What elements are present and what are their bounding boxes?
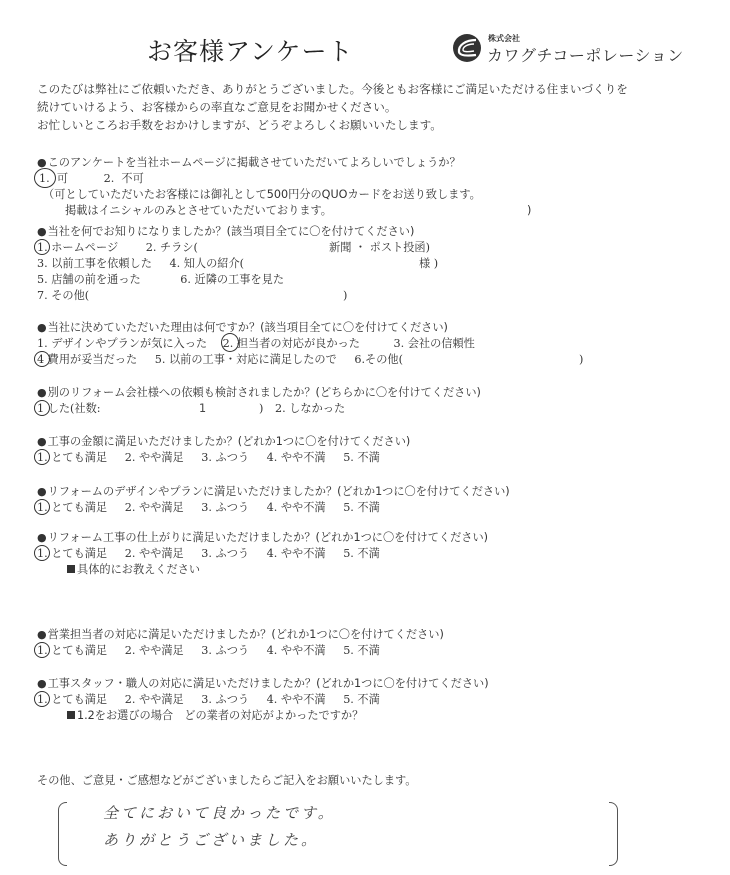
question-price-satisfaction: ●工事の金額に満足いただけましたか？(どれか1つに〇を付けてください) 1. と… (37, 434, 410, 466)
option-somewhat-dissatisfied[interactable]: 4. やや不満 (267, 450, 326, 466)
option-neutral[interactable]: 3. ふつう (201, 500, 249, 516)
page-title: お客様アンケート (147, 32, 354, 68)
option-previous-satisfied[interactable]: 5. 以前の工事・対応に満足したので (155, 352, 337, 368)
bullet-icon: ● (37, 386, 47, 399)
survey-page: お客様アンケート 株式会社 カワグチコーポレーション このたびは弊社にご依頼いた… (0, 0, 730, 875)
option-somewhat-dissatisfied[interactable]: 4. やや不満 (267, 643, 326, 659)
question-title: ●工事の金額に満足いただけましたか？(どれか1つに〇を付けてください) (37, 434, 410, 450)
answer-row: 5. 店舗の前を通った 6. 近隣の工事を見た (37, 272, 414, 288)
option-deny[interactable]: 2. 不可 (104, 171, 144, 187)
option-neutral[interactable]: 3. ふつう (201, 643, 249, 659)
option-dissatisfied[interactable]: 5. 不満 (343, 546, 380, 562)
option-trust[interactable]: 3. 会社の信頼性 (394, 336, 475, 352)
detail-prompt: 具体的にお教えください (37, 562, 488, 578)
bullet-icon: ● (37, 531, 47, 544)
selected-circle-mark (34, 545, 50, 561)
option-neutral[interactable]: 3. ふつう (201, 692, 249, 708)
option-design[interactable]: 1. デザインやプランが気に入った (37, 336, 207, 352)
intro-line: 続けていけるよう、お客様からの率直なご意見をお聞かせください。 (37, 98, 717, 116)
question-title: ●工事スタッフ・職人の対応に満足いただけましたか？(どれか1つに〇を付けてくださ… (37, 676, 489, 692)
answer-row: 1. ホームページ 2. チラシ( 新聞 ・ ポスト投函) (37, 240, 414, 256)
question-finish-satisfaction: ●リフォーム工事の仕上がりに満足いただけましたか？(どれか1つに〇を付けてくださ… (37, 530, 488, 578)
option-dissatisfied[interactable]: 5. 不満 (343, 643, 380, 659)
company-logo: 株式会社 カワグチコーポレーション (452, 33, 682, 67)
bullet-icon: ● (37, 321, 47, 334)
question-title: ●営業担当者の対応に満足いただけましたか？(どれか1つに〇を付けてください) (37, 627, 444, 643)
bullet-icon: ● (37, 485, 47, 498)
rating-options: 1. とても満足 2. やや満足 3. ふつう 4. やや不満 5. 不満 (37, 500, 510, 516)
option-referral[interactable]: 4. 知人の紹介( (169, 256, 244, 272)
option-allow[interactable]: 1. 可 (39, 171, 68, 187)
option-passed-store[interactable]: 5. 店舗の前を通った (37, 272, 141, 288)
question-title: ●別のリフォーム会社様への依頼も検討されましたか？(どちらかに〇を付けてください… (37, 385, 481, 401)
option-somewhat-satisfied[interactable]: 2. やや満足 (125, 450, 184, 466)
other-close: ) (579, 352, 583, 368)
answer-row: 1. デザインやプランが気に入った 2. 担当者の対応が良かった 3. 会社の信… (37, 336, 489, 352)
question-other-companies: ●別のリフォーム会社様への依頼も検討されましたか？(どちらかに〇を付けてください… (37, 385, 481, 417)
rating-options: 1. とても満足 2. やや満足 3. ふつう 4. やや不満 5. 不満 (37, 546, 488, 562)
comments-label: その他、ご意見・ご感想などがございましたらご記入をお願いいたします。 (37, 772, 416, 788)
intro-line: このたびは弊社にご依頼いただき、ありがとうございました。今後ともお客様にご満足い… (37, 80, 717, 98)
question-design-satisfaction: ●リフォームのデザインやプランに満足いただけましたか？(どれか1つに〇を付けてく… (37, 484, 510, 516)
question-title: ●リフォームのデザインやプランに満足いただけましたか？(どれか1つに〇を付けてく… (37, 484, 510, 500)
question-sales-satisfaction: ●営業担当者の対応に満足いただけましたか？(どれか1つに〇を付けてください) 1… (37, 627, 444, 659)
count-close: ) (259, 401, 263, 417)
option-price[interactable]: 4 費用が妥当だった (37, 352, 137, 368)
selected-circle-mark (34, 239, 50, 255)
reward-note: （可としていただいたお客様には御礼として500円分のQUOカードをお送り致します… (37, 187, 481, 203)
other-close: ) (343, 288, 347, 304)
option-nearby-work[interactable]: 6. 近隣の工事を見た (180, 272, 284, 288)
question-title: ●リフォーム工事の仕上がりに満足いただけましたか？(どれか1つに〇を付けてくださ… (37, 530, 488, 546)
question-title: ●当社に決めていただいた理由は何ですか？(該当項目全てに〇を付けてください) (37, 320, 489, 336)
intro-text: このたびは弊社にご依頼いただき、ありがとうございました。今後ともお客様にご満足い… (37, 80, 717, 134)
question-reason: ●当社に決めていただいた理由は何ですか？(該当項目全てに〇を付けてください) 1… (37, 320, 489, 368)
selected-circle-mark (34, 351, 50, 367)
initials-note: 掲載はイニシャルのみとさせていただいております。) (37, 203, 481, 219)
option-very-satisfied[interactable]: 1. とても満足 (37, 643, 107, 659)
option-neutral[interactable]: 3. ふつう (201, 546, 249, 562)
option-did[interactable]: 1 した(社数: (37, 401, 101, 417)
bullet-icon: ● (37, 435, 47, 448)
selected-circle-mark (34, 499, 50, 515)
answer-row: 4 費用が妥当だった 5. 以前の工事・対応に満足したので 6.その他( ) (37, 352, 489, 368)
bullet-icon: ● (37, 225, 47, 238)
option-homepage[interactable]: 1. ホームページ (37, 240, 118, 256)
rating-options: 1. とても満足 2. やや満足 3. ふつう 4. やや不満 5. 不満 (37, 450, 410, 466)
selected-circle-mark (34, 168, 56, 188)
option-somewhat-satisfied[interactable]: 2. やや満足 (125, 643, 184, 659)
option-somewhat-satisfied[interactable]: 2. やや満足 (125, 692, 184, 708)
option-very-satisfied[interactable]: 1. とても満足 (37, 450, 107, 466)
option-neutral[interactable]: 3. ふつう (201, 450, 249, 466)
option-somewhat-dissatisfied[interactable]: 4. やや不満 (267, 692, 326, 708)
question-how-found: ●当社を何でお知りになりましたか？(該当項目全てに〇を付けてください) 1. ホ… (37, 224, 414, 304)
answer-row: 3. 以前工事を依頼した 4. 知人の紹介( 様 ) (37, 256, 414, 272)
right-bracket (609, 802, 618, 866)
contractor-prompt: 1.2をお選びの場合 どの業者の対応がよかったですか？ (37, 708, 489, 724)
option-previous-work[interactable]: 3. 以前工事を依頼した (37, 256, 152, 272)
flyer-detail: 新聞 ・ ポスト投函) (329, 240, 430, 256)
selected-circle-mark (34, 642, 50, 658)
question-title: ●当社を何でお知りになりましたか？(該当項目全てに〇を付けてください) (37, 224, 414, 240)
option-flyer[interactable]: 2. チラシ( (146, 240, 198, 256)
company-count-value: 1 (199, 401, 206, 417)
option-somewhat-satisfied[interactable]: 2. やや満足 (125, 500, 184, 516)
company-name: カワグチコーポレーション (487, 43, 684, 66)
selected-circle-mark (221, 333, 239, 352)
answer-options: 1. 可 2. 不可 (37, 171, 481, 187)
option-very-satisfied[interactable]: 1. とても満足 (37, 500, 107, 516)
option-dissatisfied[interactable]: 5. 不満 (343, 692, 380, 708)
question-staff-satisfaction: ●工事スタッフ・職人の対応に満足いただけましたか？(どれか1つに〇を付けてくださ… (37, 676, 489, 724)
option-other[interactable]: 6.その他( (354, 352, 403, 368)
bullet-icon: ● (37, 628, 47, 641)
referral-detail: 様 ) (419, 256, 438, 272)
option-somewhat-dissatisfied[interactable]: 4. やや不満 (267, 500, 326, 516)
option-other[interactable]: 7. その他( (37, 288, 89, 304)
comment-line: ありがとうございました。 (103, 827, 336, 854)
option-somewhat-dissatisfied[interactable]: 4. やや不満 (267, 546, 326, 562)
option-very-satisfied[interactable]: 1. とても満足 (37, 692, 107, 708)
option-somewhat-satisfied[interactable]: 2. やや満足 (125, 546, 184, 562)
comments-box[interactable]: 全てにおいて良かったです。 ありがとうございました。 (58, 800, 618, 868)
option-very-satisfied[interactable]: 1. とても満足 (37, 546, 107, 562)
option-dissatisfied[interactable]: 5. 不満 (343, 500, 380, 516)
left-bracket (58, 802, 67, 866)
bullet-icon: ● (37, 677, 47, 690)
comment-line: 全てにおいて良かったです。 (103, 800, 336, 827)
option-staff[interactable]: 2. 担当者の対応が良かった (223, 336, 360, 352)
selected-circle-mark (34, 691, 50, 707)
rating-options: 1. とても満足 2. やや満足 3. ふつう 4. やや不満 5. 不満 (37, 643, 444, 659)
handwritten-comment: 全てにおいて良かったです。 ありがとうございました。 (103, 800, 336, 854)
square-bullet-icon (67, 565, 75, 573)
selected-circle-mark (34, 449, 50, 465)
intro-line: お忙しいところお手数をおかけしますが、どうぞよろしくお願いいたします。 (37, 116, 717, 134)
option-did-not[interactable]: 2. しなかった (275, 401, 345, 417)
answer-row: 1 した(社数: 1 ) 2. しなかった (37, 401, 481, 417)
company-logo-icon (452, 33, 482, 63)
question-homepage-permission: ●このアンケートを当社ホームページに掲載させていただいてよろしいでしょうか？ 1… (37, 155, 481, 219)
question-title: ●このアンケートを当社ホームページに掲載させていただいてよろしいでしょうか？ (37, 155, 481, 171)
square-bullet-icon (67, 711, 75, 719)
selected-circle-mark (34, 400, 50, 416)
answer-row: 7. その他( ) (37, 288, 414, 304)
option-dissatisfied[interactable]: 5. 不満 (343, 450, 380, 466)
rating-options: 1. とても満足 2. やや満足 3. ふつう 4. やや不満 5. 不満 (37, 692, 489, 708)
